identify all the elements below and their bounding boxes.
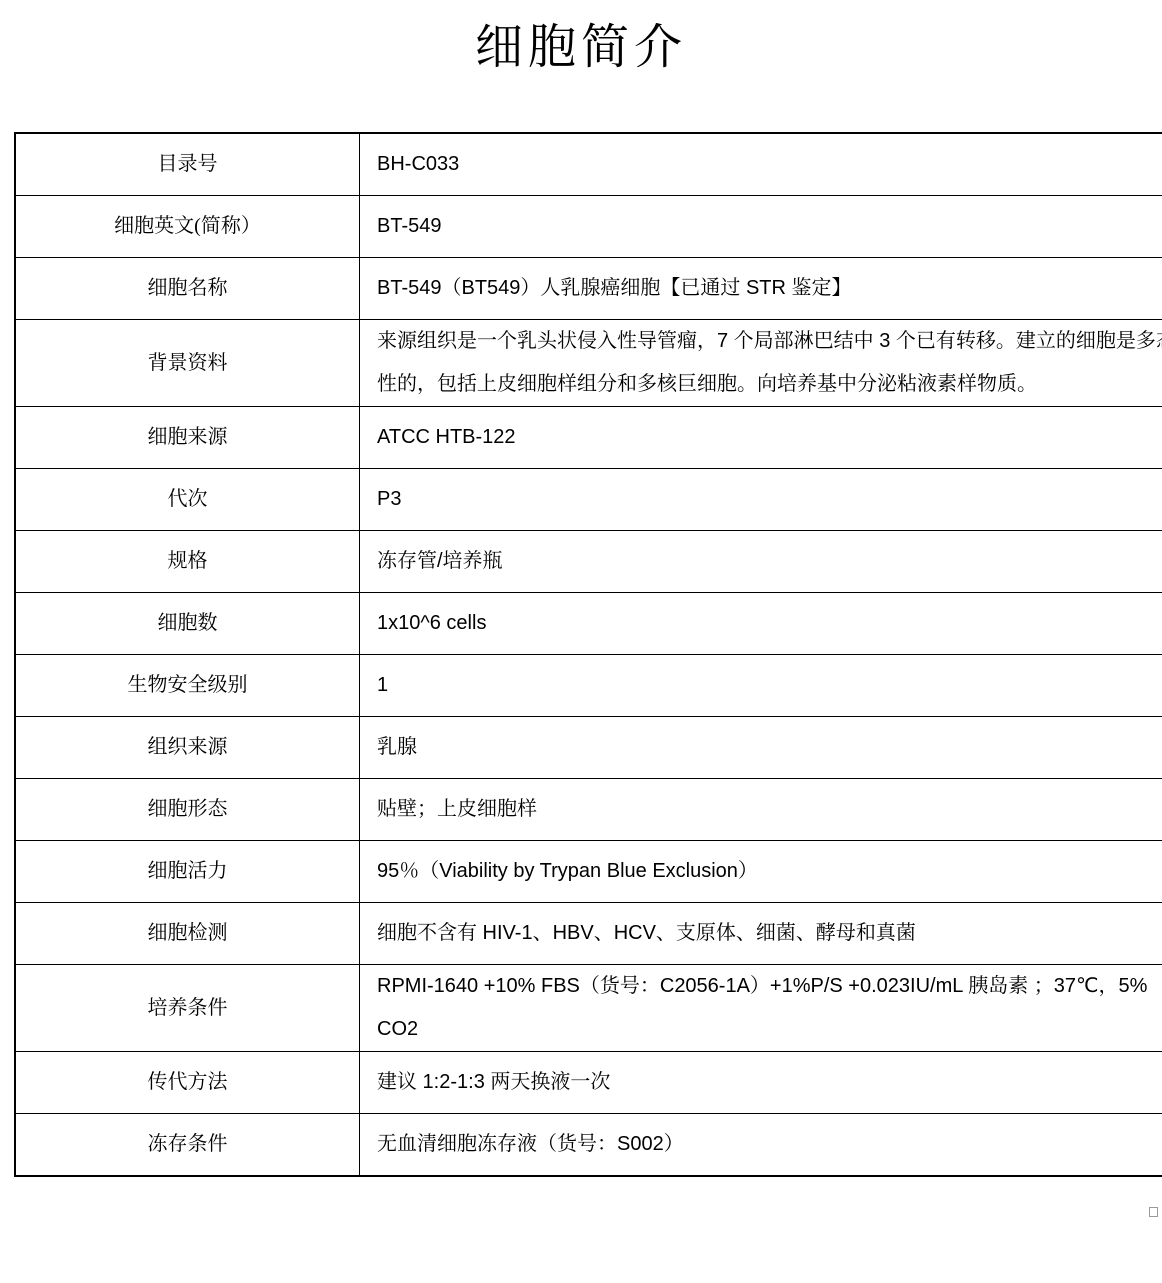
row-label: 传代方法 [15, 1052, 360, 1114]
row-value: BH-C033 [360, 133, 1162, 196]
row-value: 1 [360, 655, 1162, 717]
table-row: 生物安全级别1 [15, 655, 1162, 717]
row-label: 背景资料 [15, 320, 360, 407]
row-label: 细胞活力 [15, 841, 360, 903]
row-label: 细胞形态 [15, 779, 360, 841]
row-label: 组织来源 [15, 717, 360, 779]
table-row: 组织来源乳腺 [15, 717, 1162, 779]
table-row: 细胞活力95％（Viability by Trypan Blue Exclusi… [15, 841, 1162, 903]
row-label: 代次 [15, 469, 360, 531]
table-row: 细胞来源ATCC HTB-122 [15, 407, 1162, 469]
row-value: 建议 1:2-1:3 两天换液一次 [360, 1052, 1162, 1114]
page-title: 细胞简介 [0, 8, 1162, 77]
row-value: 无血清细胞冻存液（货号：S002） [360, 1114, 1162, 1177]
table-row: 传代方法建议 1:2-1:3 两天换液一次 [15, 1052, 1162, 1114]
table-row: 培养条件RPMI-1640 +10% FBS（货号：C2056-1A）+1%P/… [15, 965, 1162, 1052]
row-value: ATCC HTB-122 [360, 407, 1162, 469]
table-row: 规格冻存管/培养瓶 [15, 531, 1162, 593]
table-row: 细胞英文(简称）BT-549 [15, 196, 1162, 258]
cell-info-table: 目录号BH-C033细胞英文(简称）BT-549细胞名称BT-549（BT549… [14, 132, 1162, 1177]
row-value: BT-549（BT549）人乳腺癌细胞【已通过 STR 鉴定】 [360, 258, 1162, 320]
row-label: 细胞检测 [15, 903, 360, 965]
row-value: 1x10^6 cells [360, 593, 1162, 655]
row-label: 细胞来源 [15, 407, 360, 469]
table-row: 细胞数1x10^6 cells [15, 593, 1162, 655]
row-label: 规格 [15, 531, 360, 593]
cell-info-table-body: 目录号BH-C033细胞英文(简称）BT-549细胞名称BT-549（BT549… [15, 133, 1162, 1176]
row-value: 贴壁；上皮细胞样 [360, 779, 1162, 841]
row-label: 生物安全级别 [15, 655, 360, 717]
table-row: 代次P3 [15, 469, 1162, 531]
row-value: 细胞不含有 HIV-1、HBV、HCV、支原体、细菌、酵母和真菌 [360, 903, 1162, 965]
row-value: 来源组织是一个乳头状侵入性导管瘤，7 个局部淋巴结中 3 个已有转移。建立的细胞… [360, 320, 1162, 407]
row-label: 细胞英文(简称） [15, 196, 360, 258]
row-label: 细胞数 [15, 593, 360, 655]
table-row: 目录号BH-C033 [15, 133, 1162, 196]
row-value: BT-549 [360, 196, 1162, 258]
table-row: 细胞形态贴壁；上皮细胞样 [15, 779, 1162, 841]
document-page: { "page": { "title": "细胞简介", "background… [0, 8, 1162, 1283]
row-value: RPMI-1640 +10% FBS（货号：C2056-1A）+1%P/S +0… [360, 965, 1162, 1052]
table-row: 细胞检测细胞不含有 HIV-1、HBV、HCV、支原体、细菌、酵母和真菌 [15, 903, 1162, 965]
row-label: 目录号 [15, 133, 360, 196]
row-value: 95％（Viability by Trypan Blue Exclusion） [360, 841, 1162, 903]
row-value: 乳腺 [360, 717, 1162, 779]
stray-paragraph-mark [1149, 1207, 1158, 1217]
row-label: 细胞名称 [15, 258, 360, 320]
table-row: 细胞名称BT-549（BT549）人乳腺癌细胞【已通过 STR 鉴定】 [15, 258, 1162, 320]
row-value: 冻存管/培养瓶 [360, 531, 1162, 593]
row-label: 培养条件 [15, 965, 360, 1052]
table-row: 背景资料来源组织是一个乳头状侵入性导管瘤，7 个局部淋巴结中 3 个已有转移。建… [15, 320, 1162, 407]
row-value: P3 [360, 469, 1162, 531]
table-row: 冻存条件无血清细胞冻存液（货号：S002） [15, 1114, 1162, 1177]
row-label: 冻存条件 [15, 1114, 360, 1177]
